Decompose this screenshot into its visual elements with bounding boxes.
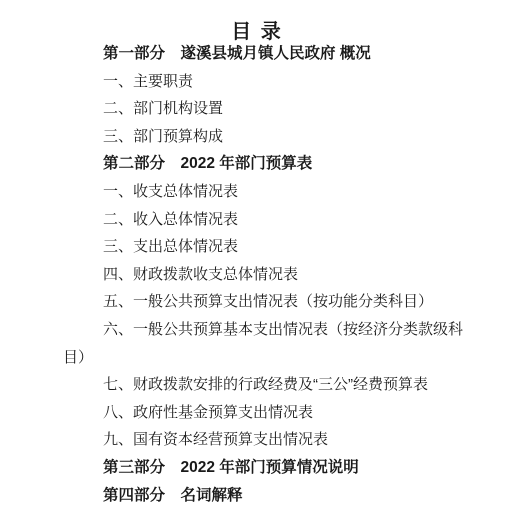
toc-section-heading: 第四部分 名词解释 [63, 482, 474, 510]
toc-item: 二、收入总体情况表 [63, 206, 474, 234]
toc-item: 八、政府性基金预算支出情况表 [63, 399, 474, 427]
toc-item: 一、主要职责 [63, 68, 474, 96]
toc-item-continuation: 目） [63, 344, 474, 372]
table-of-contents: 第一部分 遂溪县城月镇人民政府 概况一、主要职责二、部门机构设置三、部门预算构成… [0, 40, 514, 509]
toc-item: 三、支出总体情况表 [63, 233, 474, 261]
toc-item: 九、国有资本经营预算支出情况表 [63, 426, 474, 454]
toc-item: 五、一般公共预算支出情况表（按功能分类科目） [63, 288, 474, 316]
toc-item: 七、财政拨款安排的行政经费及“三公”经费预算表 [63, 371, 474, 399]
toc-section-heading: 第二部分 2022 年部门预算表 [63, 150, 474, 178]
toc-section-heading: 第一部分 遂溪县城月镇人民政府 概况 [63, 40, 474, 68]
toc-item: 二、部门机构设置 [63, 95, 474, 123]
toc-item: 四、财政拨款收支总体情况表 [63, 261, 474, 289]
document-page: 目 录 第一部分 遂溪县城月镇人民政府 概况一、主要职责二、部门机构设置三、部门… [0, 0, 514, 515]
toc-item: 三、部门预算构成 [63, 123, 474, 151]
toc-item: 一、收支总体情况表 [63, 178, 474, 206]
toc-section-heading: 第三部分 2022 年部门预算情况说明 [63, 454, 474, 482]
toc-item: 六、一般公共预算基本支出情况表（按经济分类款级科 [63, 316, 474, 344]
